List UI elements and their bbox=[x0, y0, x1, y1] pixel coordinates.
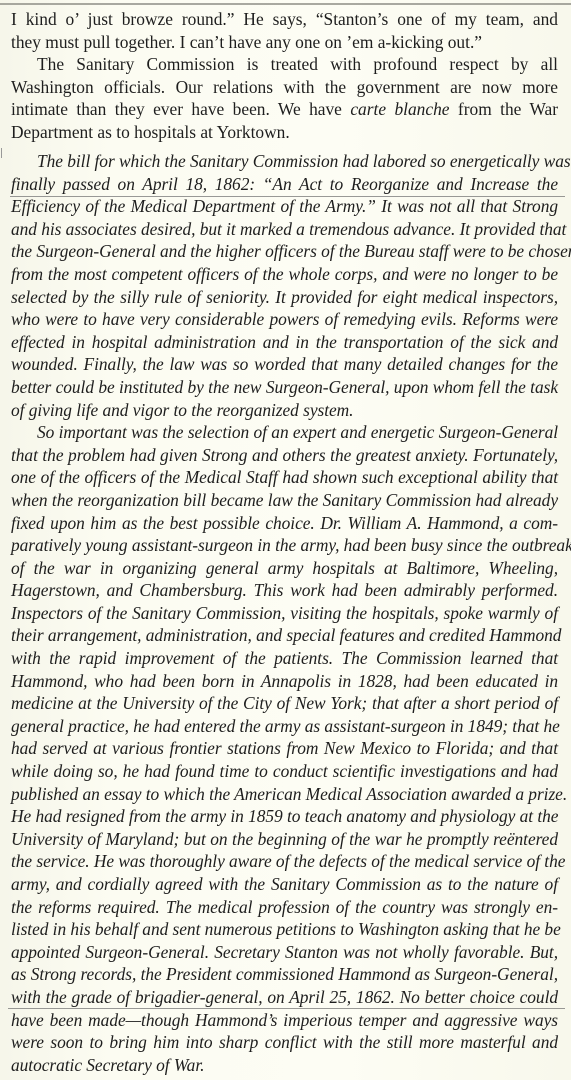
text-line: with the grade of brigadier-general, on … bbox=[11, 986, 558, 1009]
text-line: and his associates desired, but it marke… bbox=[11, 218, 558, 241]
text-line: Department as to hospitals at Yorktown. bbox=[11, 121, 558, 144]
text-line: while doing so, he had found time to con… bbox=[11, 760, 558, 783]
text-line: Hagerstown, and Chambersburg. This work … bbox=[11, 579, 558, 602]
text-line: autocratic Secretary of War. bbox=[11, 1054, 558, 1077]
text-line: paratively young assistant-surgeon in th… bbox=[11, 534, 558, 557]
text-line: medicine at the University of the City o… bbox=[11, 692, 558, 715]
text-line: they must pull together. I can’t have an… bbox=[11, 31, 558, 54]
text-line: their arrangement, administration, and s… bbox=[11, 624, 558, 647]
text-line: Washington officials. Our relations with… bbox=[11, 76, 558, 99]
scan-seam-rule bbox=[8, 1008, 565, 1009]
text-line: Efficiency of the Medical Department of … bbox=[11, 195, 558, 218]
emphasis-carte-blanche: carte blanche bbox=[350, 99, 449, 119]
narrative-block: The bill for which the Sanitary Commissi… bbox=[11, 150, 558, 1076]
text-line: finally passed on April 18, 1862: “An Ac… bbox=[11, 173, 558, 196]
text-line: published an essay to which the American… bbox=[11, 783, 558, 806]
text-line: of the war in organizing general army ho… bbox=[11, 557, 558, 580]
text-line: general practice, he had entered the arm… bbox=[11, 715, 558, 738]
text-line: So important was the selection of an exp… bbox=[11, 421, 558, 444]
scan-edge-rule bbox=[0, 3, 571, 5]
text-line: The Sanitary Commission is treated with … bbox=[11, 53, 558, 76]
paragraph-hammond: So important was the selection of an exp… bbox=[11, 421, 558, 1076]
text-line: army, and cordially agreed with the Sani… bbox=[11, 873, 558, 896]
text-line: that the problem had given Strong and ot… bbox=[11, 444, 558, 467]
text-line: were soon to bring him into sharp confli… bbox=[11, 1031, 558, 1054]
text-line: selected by the silly rule of seniority.… bbox=[11, 286, 558, 309]
text-line: had served at various frontier stations … bbox=[11, 737, 558, 760]
text-line: fixed upon him as the best possible choi… bbox=[11, 512, 558, 535]
text-line: I kind o’ just browze round.” He says, “… bbox=[11, 8, 558, 31]
text-line: The bill for which the Sanitary Commissi… bbox=[11, 150, 558, 173]
text-line: Inspectors of the Sanitary Commission, v… bbox=[11, 602, 558, 625]
text-line: He had resigned from the army in 1859 to… bbox=[11, 805, 558, 828]
text-line: the service. He was thoroughly aware of … bbox=[11, 850, 558, 873]
book-page: I kind o’ just browze round.” He says, “… bbox=[0, 0, 571, 1080]
text-line: as Strong records, the President commiss… bbox=[11, 963, 558, 986]
text-line: appointed Surgeon-General. Secretary Sta… bbox=[11, 941, 558, 964]
text-line: effected in hospital administration and … bbox=[11, 331, 558, 354]
text-line: of giving life and vigor to the reorgani… bbox=[11, 399, 558, 422]
text-line: the reforms required. The medical profes… bbox=[11, 896, 558, 919]
text-line: from the most competent officers of the … bbox=[11, 263, 558, 286]
text-line: University of Maryland; but on the begin… bbox=[11, 828, 558, 851]
text-line: intimate than they ever have been. We ha… bbox=[11, 98, 558, 121]
margin-mark bbox=[1, 148, 2, 158]
text-line: one of the officers of the Medical Staff… bbox=[11, 466, 558, 489]
text-line: wounded. Finally, the law was so worded … bbox=[11, 353, 558, 376]
paragraph-bill-passed: The bill for which the Sanitary Commissi… bbox=[11, 150, 558, 421]
text-line: the Surgeon-General and the higher offic… bbox=[11, 240, 558, 263]
text-line: have been made—though Hammond’s imperiou… bbox=[11, 1009, 558, 1032]
text-line: Hammond, who had been born in Annapolis … bbox=[11, 670, 558, 693]
text-line: with the rapid improvement of the patien… bbox=[11, 647, 558, 670]
text-line: when the reorganization bill became law … bbox=[11, 489, 558, 512]
text-line: better could be instituted by the new Su… bbox=[11, 376, 558, 399]
quoted-letter-block: I kind o’ just browze round.” He says, “… bbox=[11, 8, 558, 144]
text-line: listed in his behalf and sent numerous p… bbox=[11, 918, 558, 941]
text-line: who were to have very considerable power… bbox=[11, 308, 558, 331]
